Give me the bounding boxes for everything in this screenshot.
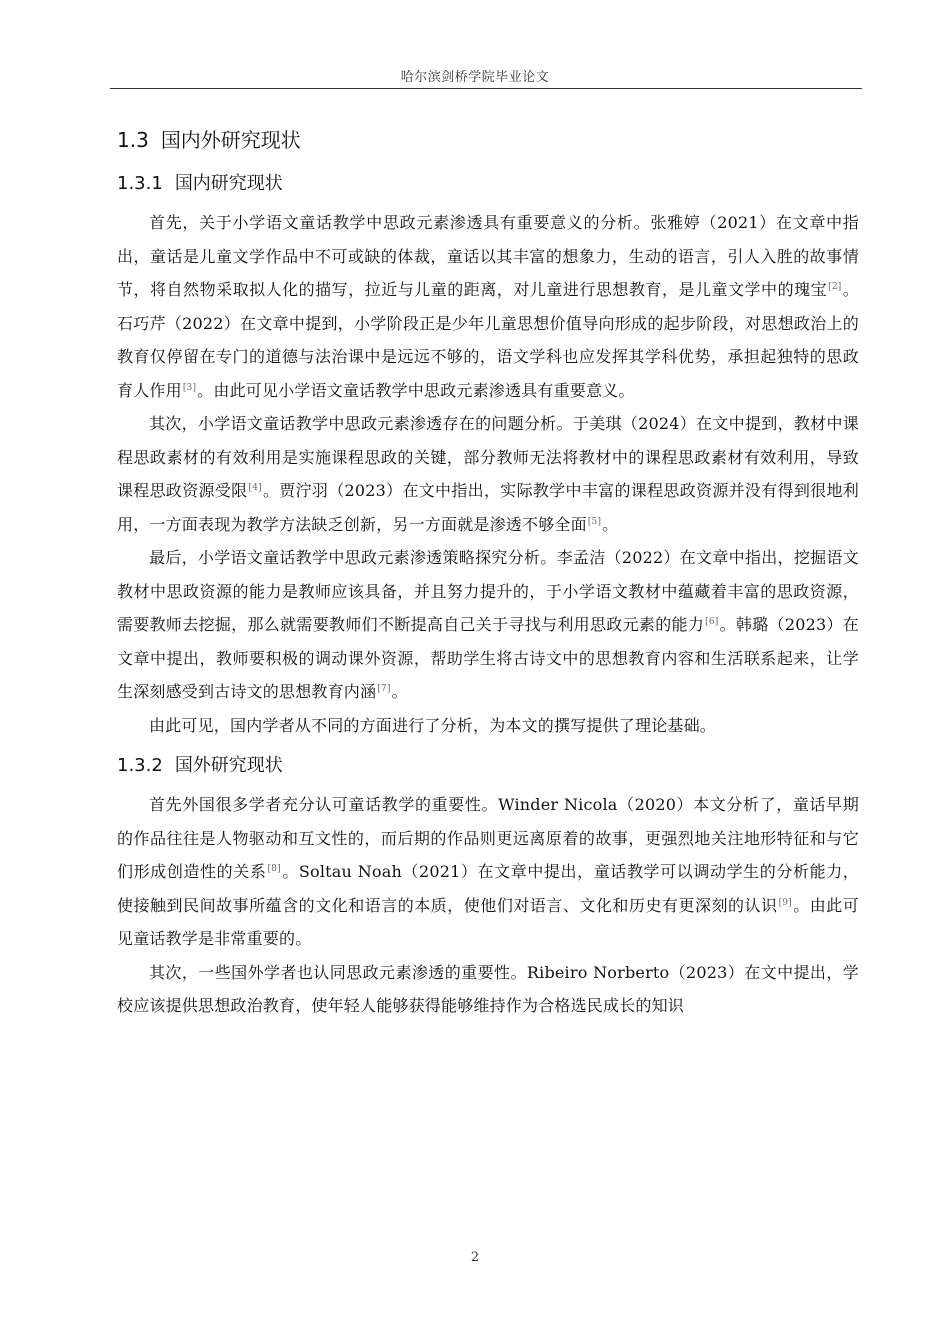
citation-ref: [4] <box>248 483 261 493</box>
paragraph-text: 首先，关于小学语文童话教学中思政元素渗透具有重要意义的分析。张雅婷（2021）在… <box>117 213 859 299</box>
paragraph-text: 。由此可见小学语文童话教学中思政元素渗透具有重要意义。 <box>197 381 634 400</box>
paragraph-text: 其次，一些国外学者也认同思政元素渗透的重要性。Ribeiro Norberto（… <box>117 963 859 1016</box>
subsection-number: 1.3.1 <box>117 168 163 200</box>
paragraph-text: 由此可见，国内学者从不同的方面进行了分析，为本文的撰写提供了理论基础。 <box>149 716 716 735</box>
paragraph-strategies: 最后，小学语文童话教学中思政元素渗透策略探究分析。李孟洁（2022）在文章中指出… <box>117 541 859 709</box>
page-body: 1.3国内外研究现状 1.3.1国内研究现状 首先，关于小学语文童话教学中思政元… <box>117 122 859 1023</box>
subsection-number: 1.3.2 <box>117 750 163 782</box>
subsection-heading-foreign: 1.3.2国外研究现状 <box>117 750 859 782</box>
paragraph-summary: 由此可见，国内学者从不同的方面进行了分析，为本文的撰写提供了理论基础。 <box>117 709 859 743</box>
page-number: 2 <box>0 1250 950 1265</box>
citation-ref: [5] <box>588 517 601 527</box>
subsection-title: 国外研究现状 <box>175 755 283 776</box>
section-title: 国内外研究现状 <box>161 128 301 152</box>
citation-ref: [9] <box>779 898 792 908</box>
citation-ref: [2] <box>828 282 841 292</box>
paragraph-text: 。 <box>602 515 618 534</box>
paragraph-foreign-importance: 首先外国很多学者充分认可童话教学的重要性。Winder Nicola（2020）… <box>117 788 859 956</box>
paragraph-significance: 首先，关于小学语文童话教学中思政元素渗透具有重要意义的分析。张雅婷（2021）在… <box>117 206 859 407</box>
citation-ref: [6] <box>705 617 718 627</box>
section-number: 1.3 <box>117 122 149 158</box>
citation-ref: [3] <box>183 383 196 393</box>
citation-ref: [7] <box>377 684 390 694</box>
subsection-title: 国内研究现状 <box>175 173 283 194</box>
citation-ref: [8] <box>267 864 280 874</box>
paragraph-text: 。 <box>392 682 408 701</box>
header-divider <box>110 88 862 89</box>
section-heading: 1.3国内外研究现状 <box>117 122 859 158</box>
paragraph-foreign-ideology: 其次，一些国外学者也认同思政元素渗透的重要性。Ribeiro Norberto（… <box>117 956 859 1023</box>
subsection-heading-domestic: 1.3.1国内研究现状 <box>117 168 859 200</box>
running-header: 哈尔滨剑桥学院毕业论文 <box>0 66 950 85</box>
paragraph-problems: 其次，小学语文童话教学中思政元素渗透存在的问题分析。于美琪（2024）在文中提到… <box>117 407 859 541</box>
